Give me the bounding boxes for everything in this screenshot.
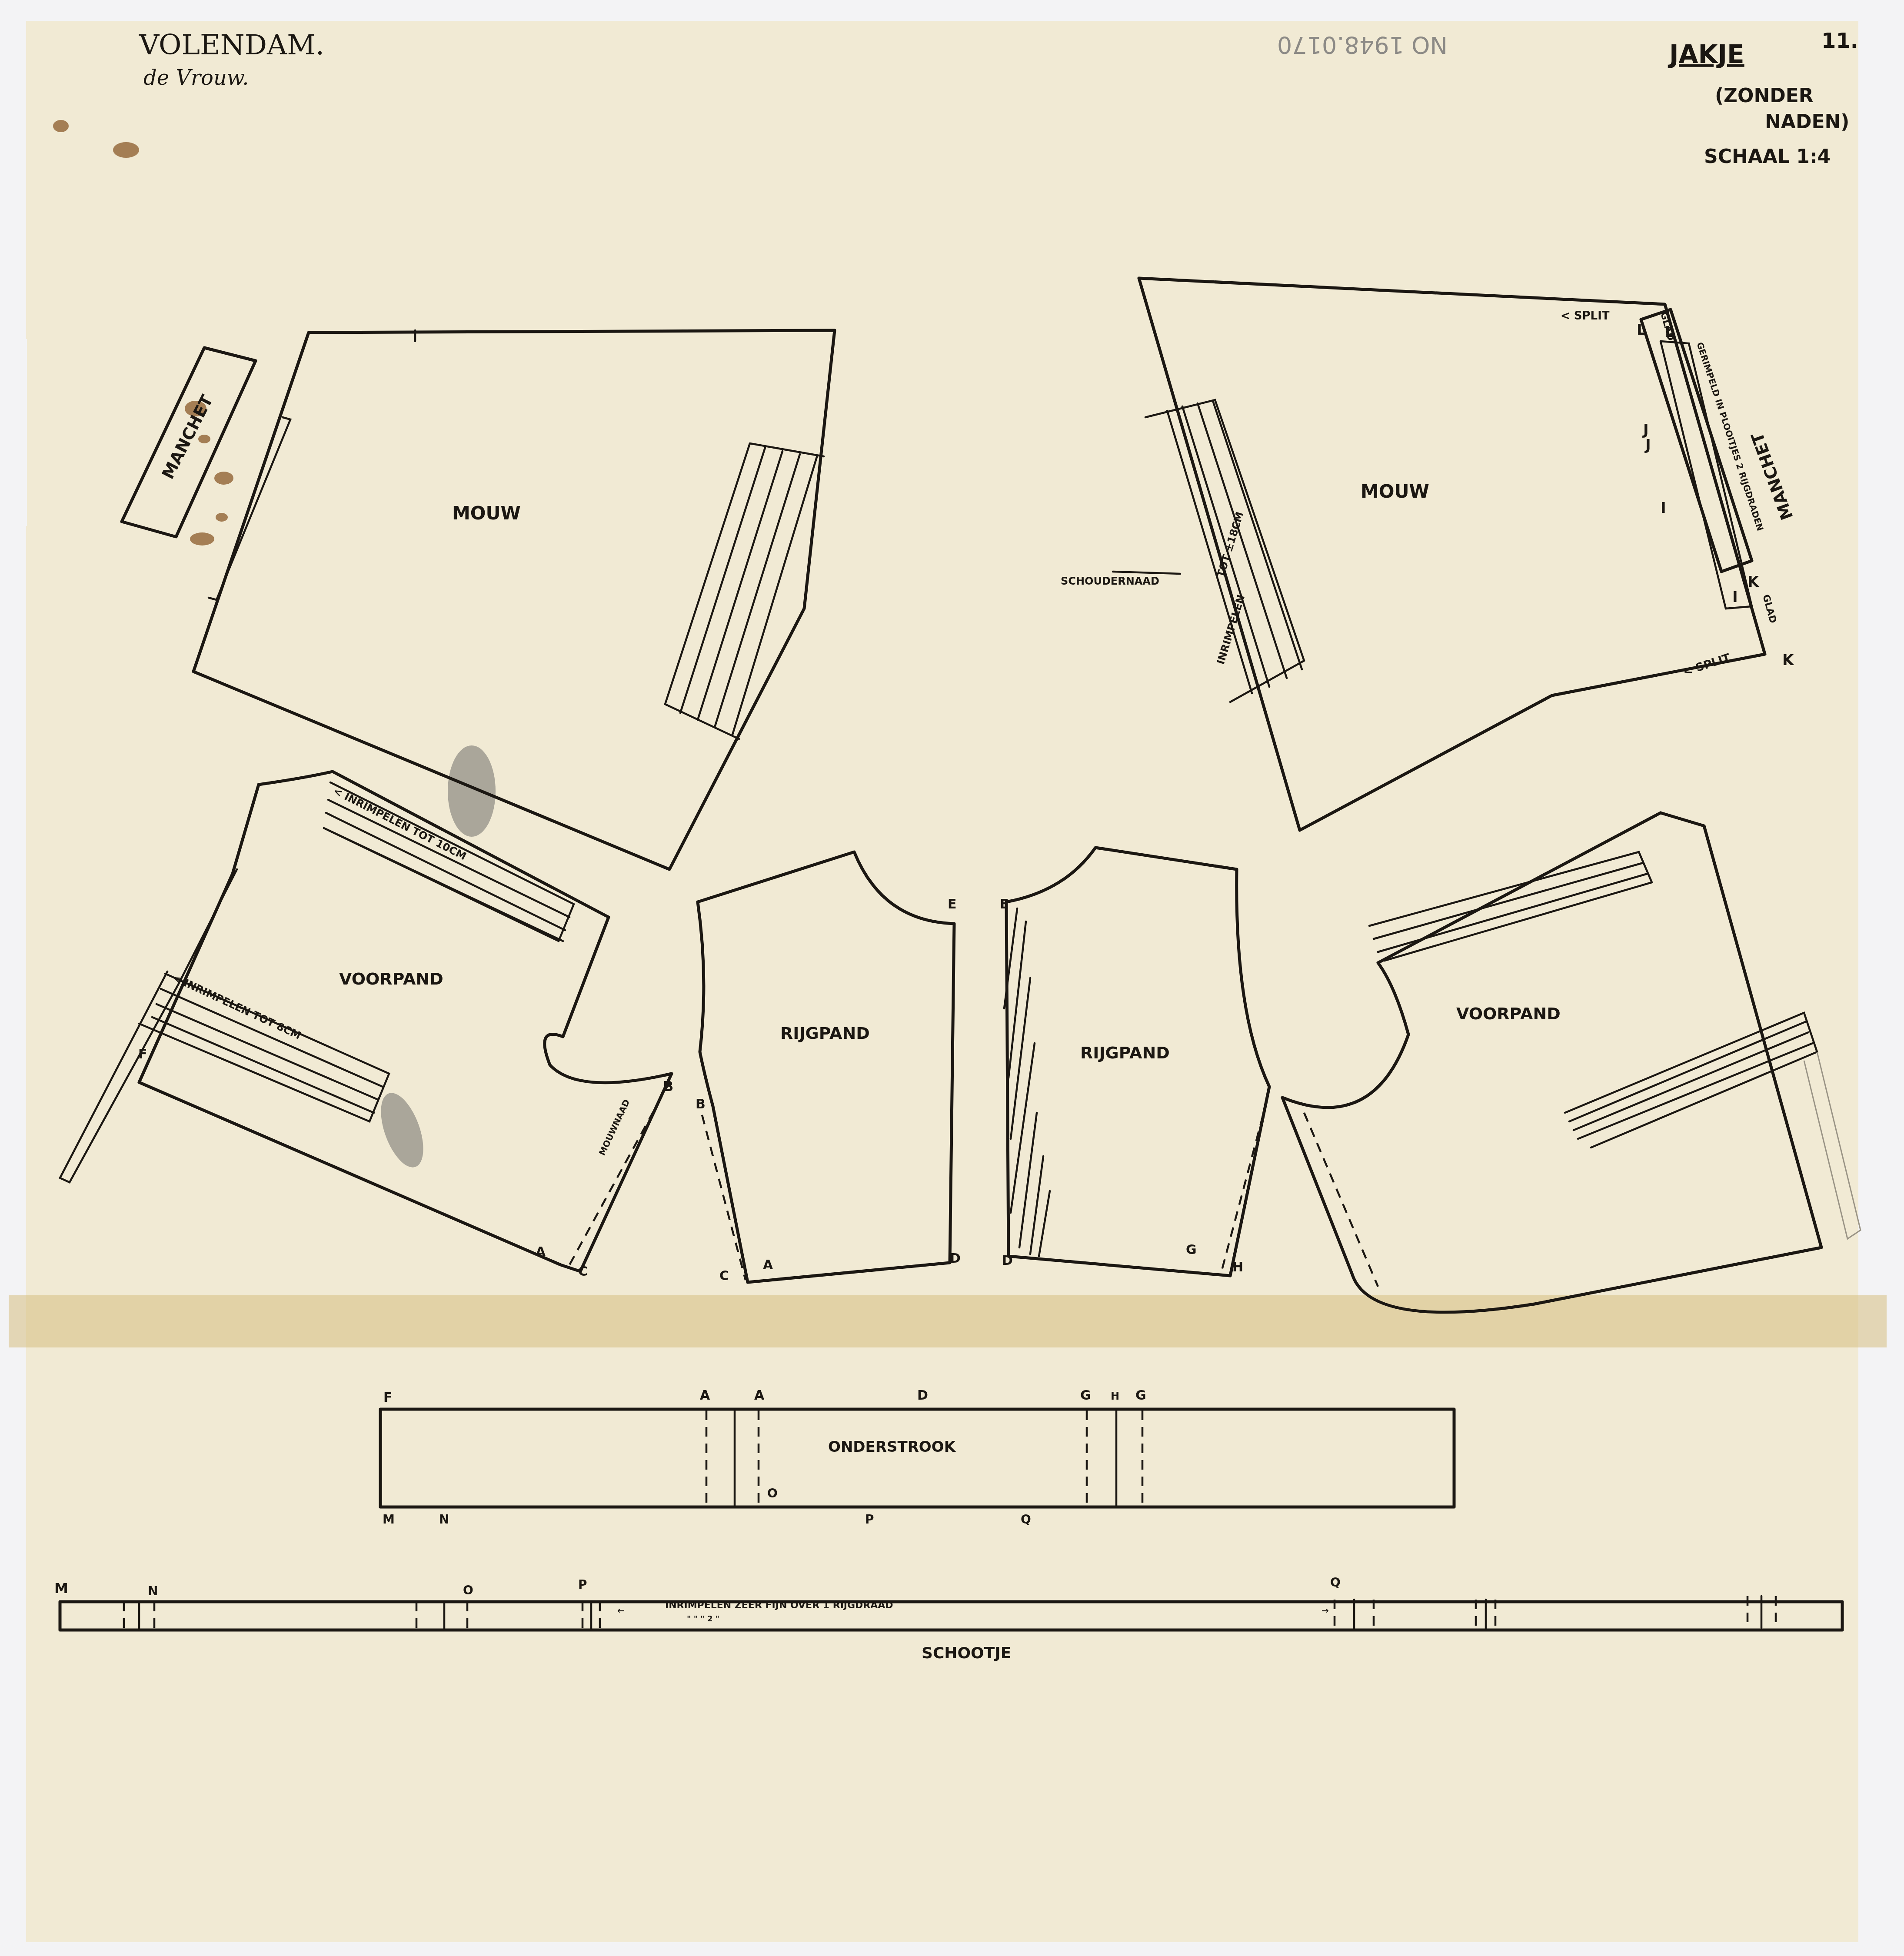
pattern-drawing: VOLENDAM. de Vrouw. NO 1948.0170 11. JAK… [0,0,1904,1956]
skirt-point-P: P [578,1577,587,1592]
point-A-front: A [536,1244,546,1260]
right-sleeve-piece [1113,278,1765,830]
point-E-back-left: E [948,897,957,912]
subtitle-label: de Vrouw. [143,66,249,90]
skirt-gather-note-2: " " " 2 " [687,1614,719,1623]
left-front-label: VOORPAND [339,969,443,988]
point-J-sleeve: J [1642,421,1649,439]
strip-point-D: D [917,1388,928,1403]
glad-bottom-note: GLAD [1760,593,1778,625]
strip-point-H: H [1111,1390,1119,1402]
strip-point-O: O [767,1486,778,1500]
title-note-line2: NADEN) [1765,111,1849,133]
left-front-piece [60,772,672,1271]
strip-point-A2: A [754,1388,765,1403]
point-I-cuff: I [1661,499,1666,517]
left-sleeve-label: MOUW [452,502,521,524]
right-front-piece [1282,813,1861,1312]
skirt-label: SCHOOTJE [922,1644,1011,1662]
place-label: VOLENDAM. [139,29,324,61]
shoulder-seam-note: SCHOUDERNAAD [1061,575,1159,587]
sleeve-gather-note-2: TOT ±18CM [1215,510,1246,579]
point-B-front: B [663,1078,673,1094]
point-F-front: F [138,1047,147,1062]
strip-point-A1: A [700,1388,710,1403]
back-left-piece [698,852,954,1282]
point-L-sleeve: L [1665,323,1674,341]
point-I-sleeve: I [1732,589,1738,606]
ink-smudges [373,745,496,1173]
point-E-back-right: E [1000,897,1009,912]
point-G-back-right: G [1186,1242,1197,1257]
strip-point-M: M [383,1512,395,1527]
split-bottom-note: < SPLIT [1681,651,1732,679]
strip-point-Q: Q [1021,1512,1031,1527]
left-sleeve-piece [193,330,835,869]
back-right-label: RIJGPAND [1080,1043,1170,1062]
point-B-back-left: B [696,1097,706,1112]
left-front-gather-top: < INRIMPELEN TOT 10CM [331,785,468,862]
pattern-sheet: VOLENDAM. de Vrouw. NO 1948.0170 11. JAK… [0,0,1904,1956]
skirt-point-O: O [463,1583,473,1597]
strip-point-G2: G [1135,1388,1146,1403]
page-number: 11. [1821,29,1858,53]
point-C-back-left: C [719,1268,729,1284]
split-top-note: < SPLIT [1561,309,1610,323]
point-L-cuff: L [1637,321,1646,339]
document-title: JAKJE [1668,40,1744,69]
arrow-right-icon: → [1321,1605,1329,1616]
strip-point-F: F [383,1390,393,1405]
strip-point-N: N [439,1512,449,1527]
left-cuff-piece [122,348,290,600]
back-left-label: RIJGPAND [780,1024,870,1043]
skirt-point-M: M [54,1580,68,1597]
point-K-cuff: K [1748,573,1760,591]
point-C-front: C [578,1264,588,1279]
right-sleeve-label: MOUW [1361,481,1429,502]
arrow-left-icon: ← [617,1605,625,1616]
left-front-gather-bottom: < INRIMPELEN TOT 8CM [170,971,303,1042]
skirt-point-Q: Q [1330,1575,1341,1590]
point-K-sleeve: K [1782,652,1794,669]
skirt-piece [60,1596,1842,1630]
right-front-label: VOORPAND [1456,1004,1561,1023]
point-A-back-left: A [763,1257,773,1273]
strip-point-P: P [865,1512,874,1527]
point-D-back-left: D [950,1251,961,1266]
pencil-reference-number: NO 1948.0170 [1277,31,1448,59]
lower-strip-piece [380,1409,1454,1507]
sleeve-seam-note: MOUWNAAD [597,1098,632,1158]
point-D-back-right: D [1002,1253,1013,1268]
title-note-line1: (ZONDER [1715,85,1814,107]
skirt-point-N: N [148,1584,158,1598]
lower-strip-label: ONDERSTROOK [828,1438,956,1456]
point-H-back-right: H [1232,1260,1243,1275]
point-J-cuff: J [1644,436,1651,454]
scale-label: SCHAAL 1:4 [1704,146,1831,168]
rust-stains [53,120,233,546]
skirt-gather-note: INRIMPELEN ZEER FIJN OVER 1 RIJGDRAAD [665,1600,893,1611]
strip-point-G1: G [1080,1388,1091,1403]
